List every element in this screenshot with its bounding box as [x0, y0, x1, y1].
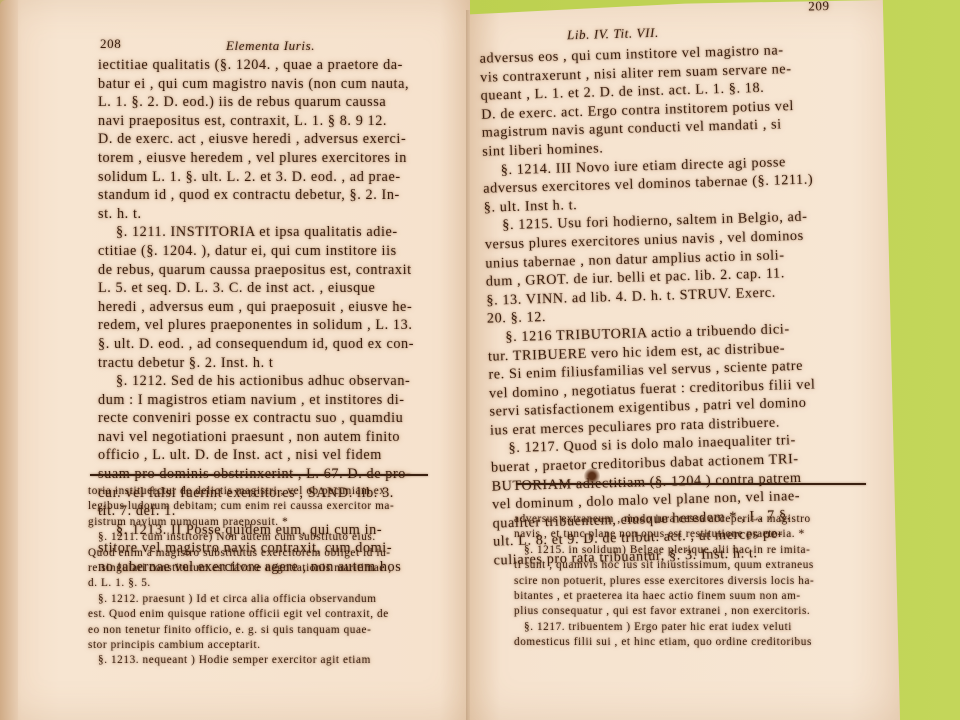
footnote-rule	[90, 474, 428, 476]
note-line: §. 1217. tribuentem ) Ergo pater hic era…	[514, 620, 814, 635]
note-line: §. 1212. praesunt ) Id et circa alia off…	[88, 592, 394, 607]
text-line: st. h. t.	[98, 205, 414, 224]
note-line: §. 1211. cum institore) Non autem cum su…	[88, 530, 394, 545]
text-line: solidum L. 1. §. ult. L. 2. et 3. D. eod…	[98, 168, 414, 187]
text-line: L. 5. et seq. D. L. 3. C. de inst act. ,…	[98, 279, 414, 298]
text-line: de rebus, quarum caussa praepositus est,…	[98, 261, 414, 280]
note-line: Quod enim a magistro substitutus exercit…	[88, 546, 394, 561]
text-line: dum : I magistros etiam navium , et inst…	[98, 391, 414, 410]
left-page: 208 Elementa Iuris. iectitiae qualitatis…	[0, 0, 470, 720]
text-line: officio , L. ult. D. de Inst. act , nisi…	[98, 446, 414, 465]
section-heading-1211: §. 1211. INSTITORIA et ipsa qualitatis a…	[98, 223, 414, 242]
right-page-number: 209	[808, 0, 830, 15]
right-running-head: Lib. IV. Tit. VII.	[567, 25, 659, 44]
text-line: iectitiae qualitatis (§. 1204. , quae a …	[98, 56, 414, 75]
text-line: torem , eiusve heredem , vel plures exer…	[98, 149, 414, 168]
text-line: navi praepositus est, contraxit, L. 1. §…	[98, 112, 414, 131]
note-line: bitantes , et praeterea ita haec actio f…	[514, 589, 814, 604]
note-line: eo non tenetur finito officio, e. g. si …	[88, 623, 394, 638]
left-page-number: 208	[100, 36, 121, 52]
text-line: navi vel negotiationi praesunt , non aut…	[98, 428, 414, 447]
text-line: standum id , quod ex contractu debetur, …	[98, 186, 414, 205]
ink-stain	[584, 468, 600, 484]
text-line: ctitiae (§. 1204. ), datur ei, qui cum i…	[98, 242, 414, 261]
text-line: tractu debetur §. 2. Inst. h. t	[98, 354, 414, 373]
note-line: gistrum navium numquam praeposuit. *	[88, 515, 394, 530]
note-line: legibus ludorum debitam; cum enim rei ca…	[88, 499, 394, 514]
note-line: §. 1215. in solidum) Belgae plerique ali…	[514, 543, 814, 558]
note-line: d. L. 1. §. 5.	[88, 576, 394, 591]
note-line: §. 1213. nequeant ) Hodie semper exercit…	[88, 653, 394, 668]
note-line: est. Quod enim quisque ratione officii e…	[88, 607, 394, 622]
note-line: re singulari constitutum est favore nego…	[88, 561, 394, 576]
left-running-head: Elementa Iuris.	[226, 38, 315, 54]
note-line: scire non potuerit, plures esse exercito…	[514, 574, 814, 589]
right-page: 209 Lib. IV. Tit. VII. adversus eos , qu…	[470, 0, 900, 720]
note-line: ti sunt , quamvis hoc ius sit iniustissi…	[514, 558, 814, 573]
text-line: redem, vel plures praeponentes in solidu…	[98, 316, 414, 335]
section-heading-1212: §. 1212. Sed de his actionibus adhuc obs…	[98, 372, 414, 391]
left-page-edge	[0, 0, 18, 720]
text-line: batur ei , qui cum magistro navis (non c…	[98, 75, 414, 94]
note-line: domesticus filii sui , et hinc etiam, qu…	[514, 635, 814, 650]
note-line: toria instituerctur de delictis magistri…	[88, 484, 394, 499]
footnote-rule	[516, 483, 866, 485]
text-line: D. de exerc. act , eiusve heredi , adver…	[98, 130, 414, 149]
text-line: recte conveniri posse ex contractu suo ,…	[98, 409, 414, 428]
text-line: heredi , adversus eum , qui praeposuit ,…	[98, 298, 414, 317]
note-line: navis , et tunc plane non opus est resti…	[514, 527, 814, 542]
book-gutter	[466, 10, 470, 720]
left-footnotes: toria instituerctur de delictis magistri…	[88, 484, 394, 669]
note-line: plius consequatur , qui est favor extran…	[514, 604, 814, 619]
text-line: L. 1. §. 2. D. eod.) iis de rebus quarum…	[98, 93, 414, 112]
note-line: adversus extraneum , modo iura cessa acc…	[514, 512, 814, 527]
right-main-text: adversus eos , qui cum institore vel mag…	[479, 41, 824, 571]
right-footnotes: adversus extraneum , modo iura cessa acc…	[514, 512, 814, 651]
text-line: §. ult. D. eod. , ad consequendum id, qu…	[98, 335, 414, 354]
note-line: stor principis cambium acceptarit.	[88, 638, 394, 653]
